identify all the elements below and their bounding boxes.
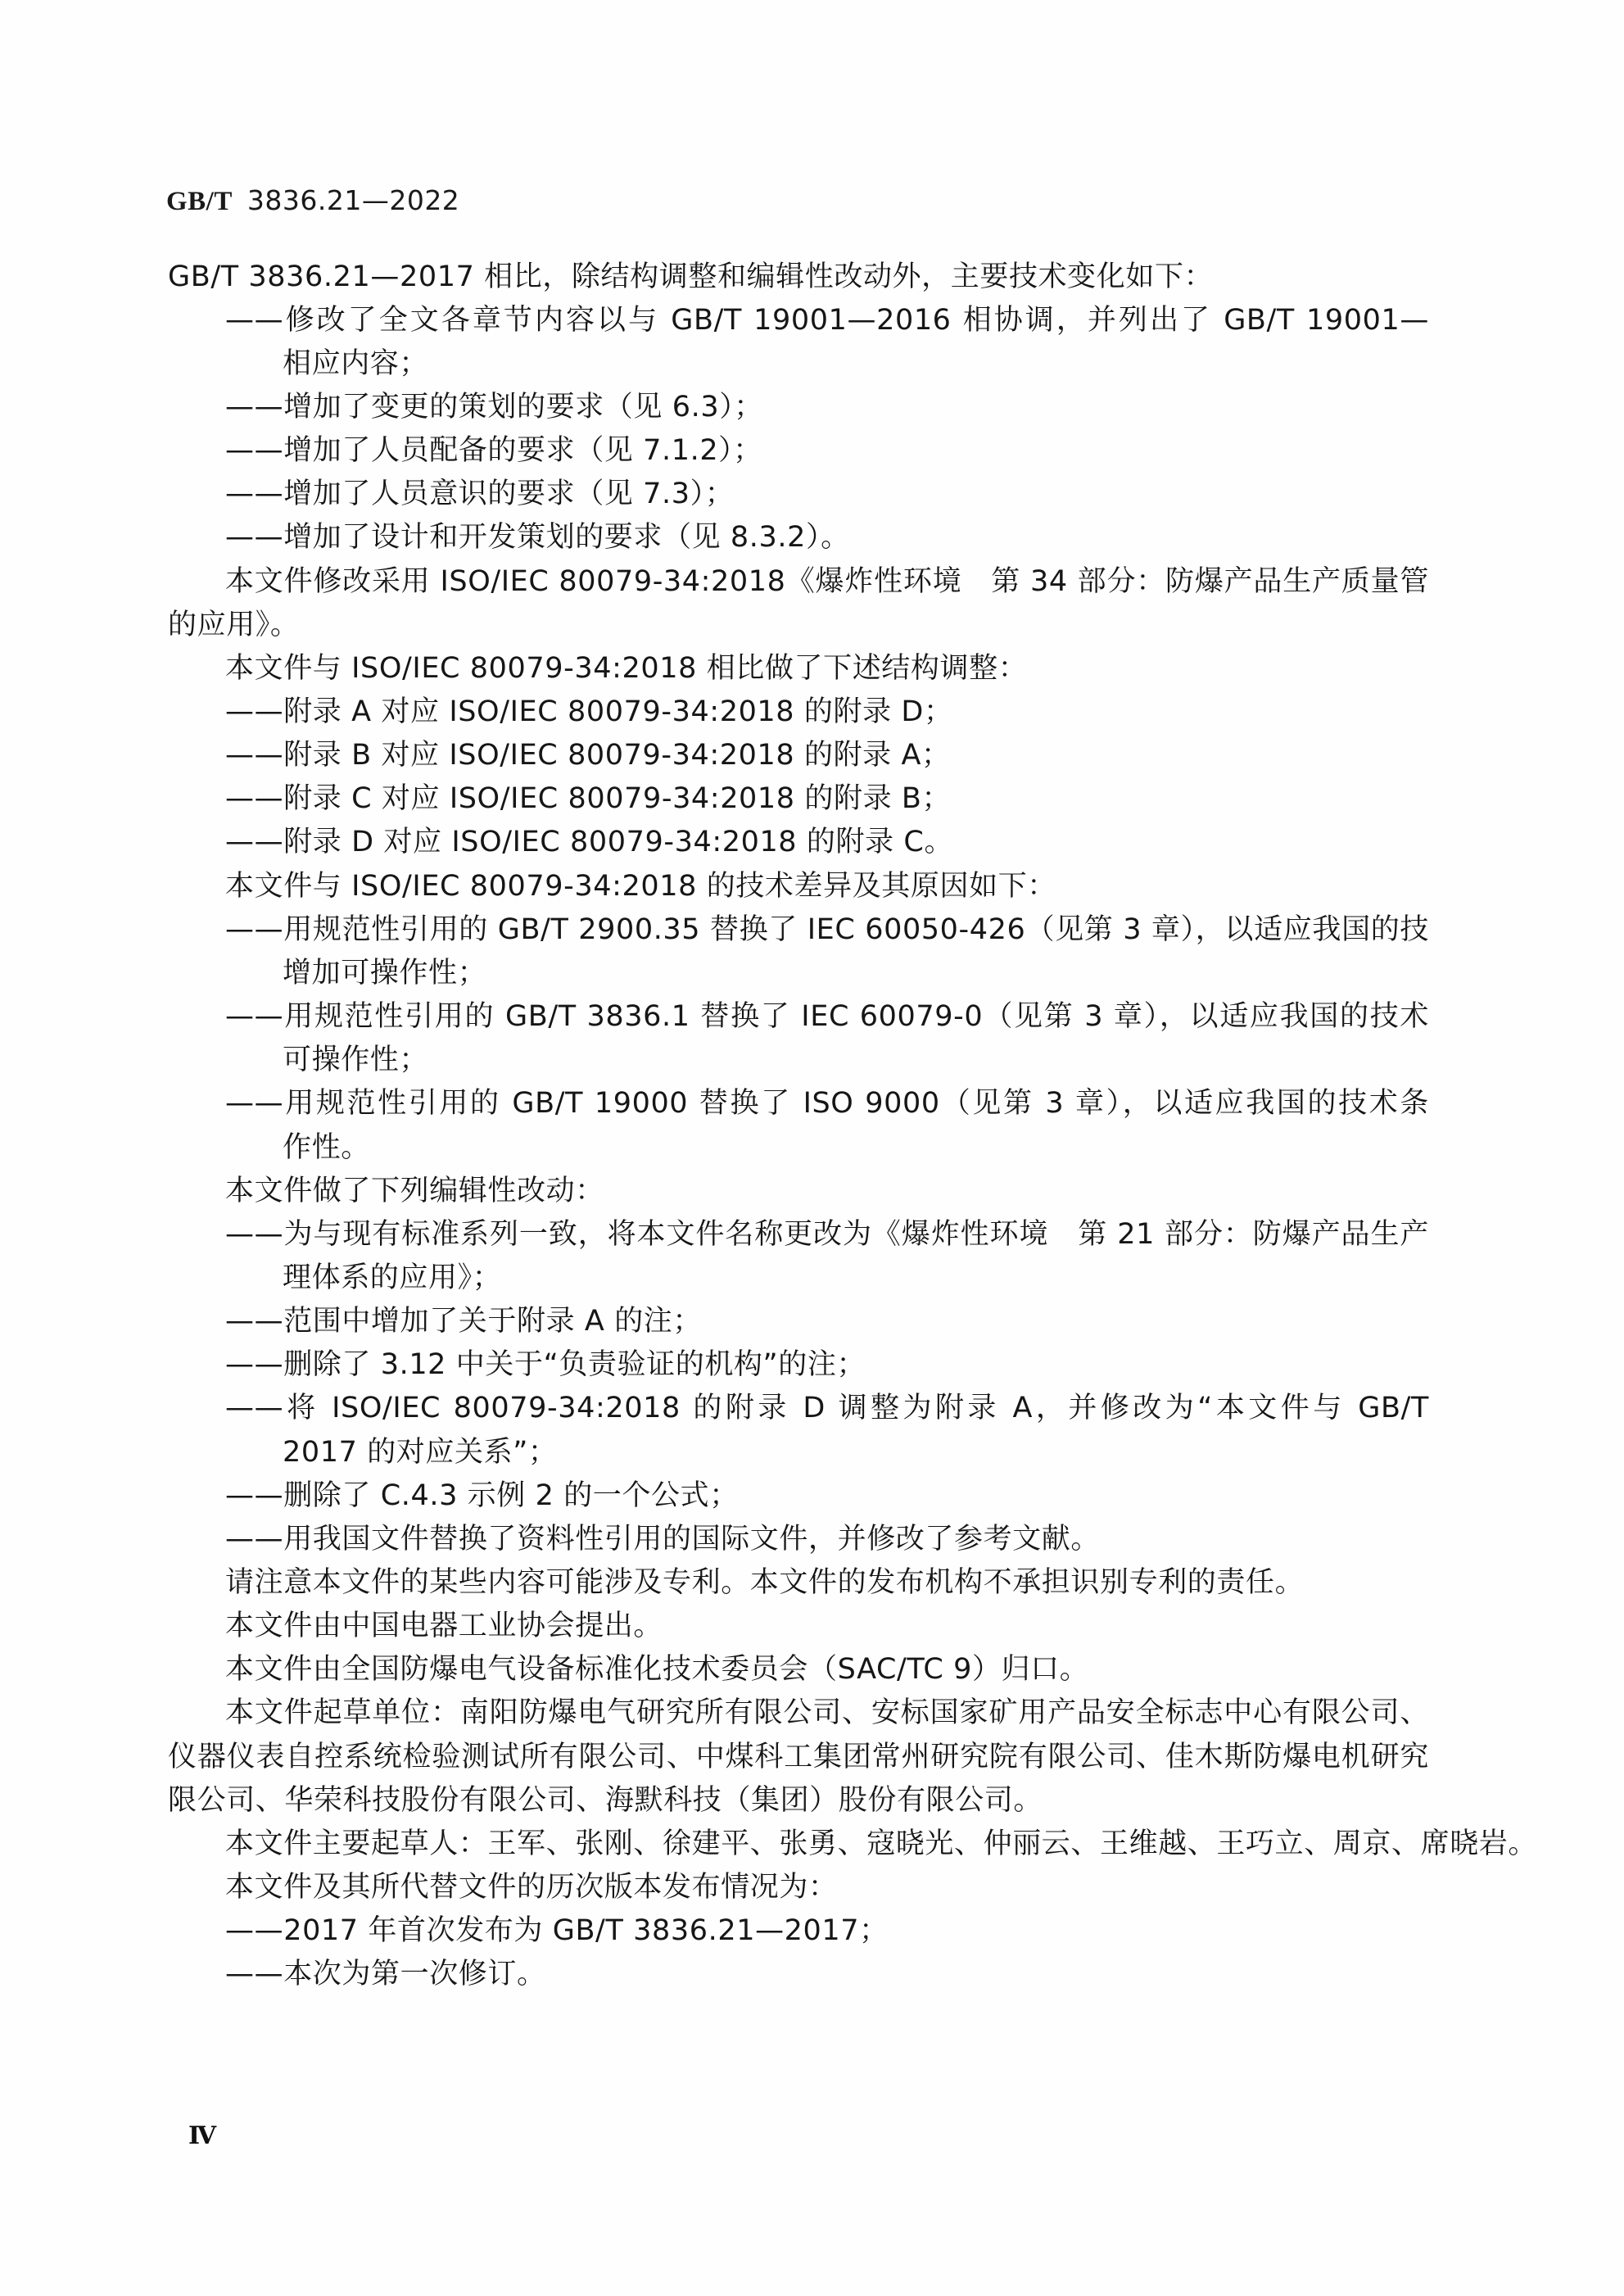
list-item-continuation-line: 可操作性；: [283, 1039, 428, 1082]
list-item-line: ——将 ISO/IEC 80079-34:2018 的附录 D 调整为附录 A，…: [225, 1387, 1429, 1430]
list-item-line: ——附录 C 对应 ISO/IEC 80079-34:2018 的附录 B；: [225, 777, 951, 821]
list-item-line: ——用规范性引用的 GB/T 3836.1 替换了 IEC 60079-0（见第…: [225, 995, 1429, 1039]
list-item-line: ——增加了设计和开发策划的要求（见 8.3.2）。: [225, 516, 850, 559]
document-page: GB/T3836.21—2022 GB/T 3836.21—2017 相比，除结…: [0, 0, 1624, 2296]
list-item-line: ——附录 D 对应 ISO/IEC 80079-34:2018 的附录 C。: [225, 821, 953, 864]
list-item-line: ——增加了变更的策划的要求（见 6.3）；: [225, 386, 763, 429]
paragraph-continuation-line: 仪器仪表自控系统检验测试所有限公司、中煤科工集团常州研究院有限公司、佳木斯防爆电…: [168, 1736, 1429, 1779]
list-item-line: ——用规范性引用的 GB/T 19000 替换了 ISO 9000（见第 3 章…: [225, 1082, 1429, 1125]
list-item-line: ——范围中增加了关于附录 A 的注；: [225, 1300, 702, 1343]
list-item-continuation-line: 理体系的应用》；: [283, 1257, 501, 1300]
paragraph-continuation-line: GB/T 3836.21—2017 相比，除结构调整和编辑性改动外，主要技术变化…: [168, 256, 1213, 299]
foreword-body: GB/T 3836.21—2017 相比，除结构调整和编辑性改动外，主要技术变化…: [0, 0, 1624, 2296]
list-item-line: ——删除了 C.4.3 示例 2 的一个公式；: [225, 1474, 739, 1518]
list-item-line: ——用我国文件替换了资料性引用的国际文件，并修改了参考文献。: [225, 1518, 1100, 1561]
list-item-line: ——附录 B 对应 ISO/IEC 80079-34:2018 的附录 A；: [225, 734, 951, 777]
list-item-line: ——删除了 3.12 中关于“负责验证的机构”的注；: [225, 1343, 866, 1387]
page-number: Ⅳ: [188, 2122, 216, 2151]
list-item-line: ——用规范性引用的 GB/T 2900.35 替换了 IEC 60050-426…: [225, 908, 1429, 952]
list-item-line: ——附录 A 对应 ISO/IEC 80079-34:2018 的附录 D；: [225, 691, 953, 734]
paragraph-line: 本文件由中国电器工业协会提出。: [225, 1605, 663, 1648]
list-item-line: ——本次为第一次修订。: [225, 1953, 546, 1996]
paragraph-line: 本文件由全国防爆电气设备标准化技术委员会（SAC/TC 9）归口。: [225, 1648, 1088, 1691]
paragraph-line: 本文件与 ISO/IEC 80079-34:2018 的技术差异及其原因如下：: [225, 865, 1056, 908]
list-item-continuation-line: 相应内容；: [283, 342, 428, 386]
paragraph-line: 本文件做了下列编辑性改动：: [225, 1170, 604, 1213]
list-item-line: ——增加了人员意识的要求（见 7.3）；: [225, 473, 734, 516]
paragraph-continuation-line: 限公司、华荣科技股份有限公司、海默科技（集团）股份有限公司。: [168, 1779, 1043, 1823]
paragraph-line: 本文件主要起草人：王军、张刚、徐建平、张勇、寇晓光、仲丽云、王维越、王巧立、周京…: [225, 1823, 1537, 1866]
paragraph-line: 本文件起草单位：南阳防爆电气研究所有限公司、安标国家矿用产品安全标志中心有限公司…: [225, 1691, 1429, 1735]
paragraph-continuation-line: 的应用》。: [168, 604, 300, 647]
list-item-continuation-line: 作性。: [283, 1126, 370, 1170]
list-item-continuation-line: 2017 的对应关系”；: [283, 1431, 558, 1474]
paragraph-line: 本文件及其所代替文件的历次版本发布情况为：: [225, 1866, 838, 1909]
paragraph-line: 本文件修改采用 ISO/IEC 80079-34:2018《爆炸性环境 第 34…: [225, 560, 1429, 604]
list-item-line: ——为与现有标准系列一致，将本文件名称更改为《爆炸性环境 第 21 部分：防爆产…: [225, 1213, 1429, 1257]
paragraph-line: 请注意本文件的某些内容可能涉及专利。本文件的发布机构不承担识别专利的责任。: [225, 1561, 1304, 1605]
list-item-line: ——2017 年首次发布为 GB/T 3836.21—2017；: [225, 1909, 889, 1953]
list-item-continuation-line: 增加可操作性；: [283, 952, 486, 995]
list-item-line: ——增加了人员配备的要求（见 7.1.2）；: [225, 429, 762, 473]
list-item-line: ——修改了全文各章节内容以与 GB/T 19001—2016 相协调，并列出了 …: [225, 299, 1429, 342]
paragraph-line: 本文件与 ISO/IEC 80079-34:2018 相比做了下述结构调整：: [225, 647, 1027, 691]
